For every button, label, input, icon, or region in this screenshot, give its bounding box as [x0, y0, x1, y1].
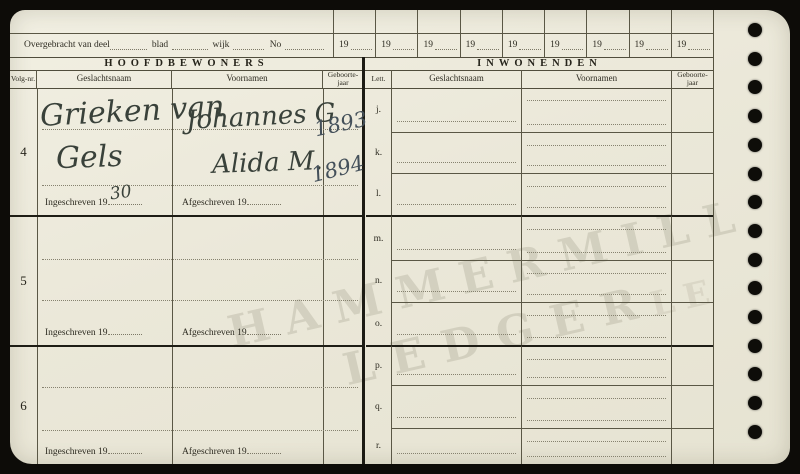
voornamen-cell — [522, 385, 672, 428]
geboortejaar-cell — [672, 215, 713, 260]
geslachtsnaam-cell — [392, 428, 522, 464]
volgnr-value: 5 — [10, 217, 37, 345]
letter-label: j. — [366, 88, 392, 132]
transfer-year-cells: 19 19 19 19 19 19 19 19 19 — [333, 33, 713, 57]
year-prefix: 19 — [635, 40, 645, 50]
year-cell: 19 — [586, 33, 628, 57]
year-cell-blank — [460, 10, 502, 33]
fill-in-line — [562, 41, 584, 50]
inwonenden-title: INWONENDEN — [366, 57, 713, 70]
fill-in-line — [351, 41, 373, 50]
binder-hole — [748, 367, 762, 381]
register-card: HAMMERMILL LEDGER LE Overgebracht van de… — [10, 10, 790, 464]
fill-in-line — [233, 41, 263, 50]
inwonende-row-p: p. — [366, 345, 713, 385]
year-cell-blank — [375, 10, 417, 33]
letter-label: r. — [366, 428, 392, 464]
year-prefix: 19 — [381, 40, 391, 50]
binder-hole — [748, 396, 762, 410]
letter-label: n. — [366, 260, 392, 302]
year-prefix: 19 — [466, 40, 476, 50]
voornamen-cell — [522, 132, 672, 173]
year-cell: 19 — [333, 33, 375, 57]
ingeschreven-label: Ingeschreven 19 — [45, 197, 142, 208]
year-cell: 19 — [671, 33, 713, 57]
label-blad: blad — [152, 40, 168, 50]
column-divider — [172, 88, 173, 215]
registration-labels: Ingeschreven 19 Afgeschreven 19 — [10, 446, 363, 459]
voornamen-cell — [522, 302, 672, 345]
geslachtsnaam-cell — [392, 88, 522, 132]
afgeschreven-label: Afgeschreven 19 — [182, 327, 281, 338]
year-cell: 19 — [629, 33, 671, 57]
entry-line — [42, 185, 358, 186]
label-wijk: wijk — [213, 40, 230, 50]
binder-hole — [748, 80, 762, 94]
geboortejaar-cell — [672, 345, 713, 385]
col-voornamen: Voornamen — [522, 70, 672, 88]
binder-hole — [748, 281, 762, 295]
transfer-label: Overgebracht van deel blad wijk No — [24, 33, 324, 57]
geboortejaar-cell — [672, 302, 713, 345]
inwonende-row-l: l. — [366, 173, 713, 215]
year-cell-blank — [544, 10, 586, 33]
year-cell: 19 — [502, 33, 544, 57]
col-voornamen: Voornamen — [172, 70, 323, 88]
binder-hole — [748, 23, 762, 37]
fill-in-line — [285, 41, 324, 50]
letter-label: l. — [366, 173, 392, 215]
year-cell-blank — [629, 10, 671, 33]
geslachtsnaam-cell — [392, 260, 522, 302]
top-year-cells — [333, 10, 713, 33]
voornamen-cell — [522, 428, 672, 464]
year-cell-blank — [502, 10, 544, 33]
scanned-register-card-page: { "transfer_row": { "label_deel": "Overg… — [0, 0, 800, 474]
binder-hole — [748, 195, 762, 209]
binder-hole — [748, 253, 762, 267]
hoofdbewoners-title: HOOFDBEWONERS — [10, 57, 363, 70]
ingeschreven-label: Ingeschreven 19 — [45, 446, 142, 457]
year-cell-blank — [417, 10, 459, 33]
col-geboortejaar: Geboorte-jaar — [323, 70, 363, 88]
geboortejaar-cell — [672, 385, 713, 428]
fill-in-line — [110, 41, 147, 50]
year-cell: 19 — [375, 33, 417, 57]
binder-hole — [748, 167, 762, 181]
geboortejaar-cell — [672, 132, 713, 173]
hoofdbewoner-block-4: 4 Ingeschreven 19 Afgeschreven 19 30 — [10, 88, 363, 215]
hoofdbewoner-block-6: 6 Ingeschreven 19 Afgeschreven 19 — [10, 345, 363, 464]
fill-in-line — [172, 41, 207, 50]
binder-hole — [748, 425, 762, 439]
fill-in-line — [477, 41, 499, 50]
ingeschreven-label: Ingeschreven 19 — [45, 327, 142, 338]
fill-in-line — [604, 41, 626, 50]
col-volgnr: Volg-nr. — [10, 70, 37, 88]
voornamen-cell — [522, 88, 672, 132]
voornamen-cell — [522, 345, 672, 385]
transfer-row: Overgebracht van deel blad wijk No 19 19… — [10, 33, 713, 58]
geslachtsnaam-cell — [392, 173, 522, 215]
geslachtsnaam-cell — [392, 215, 522, 260]
entry-line — [42, 300, 358, 301]
geslachtsnaam-cell — [392, 345, 522, 385]
inwonende-row-r: r. — [366, 428, 713, 464]
letter-label: o. — [366, 302, 392, 345]
voornamen-cell — [522, 215, 672, 260]
year-cell-blank — [333, 10, 375, 33]
fill-in-line — [688, 41, 710, 50]
fill-in-line — [393, 41, 415, 50]
geboortejaar-cell — [672, 88, 713, 132]
letter-label: p. — [366, 345, 392, 385]
inwonenden-section: j. k. l. m. n. — [366, 88, 713, 464]
year-prefix: 19 — [423, 40, 433, 50]
hoofdbewoners-section: 4 Ingeschreven 19 Afgeschreven 19 30 5 I… — [10, 88, 363, 464]
afgeschreven-label: Afgeschreven 19 — [182, 446, 281, 457]
inwonende-row-j: j. — [366, 88, 713, 132]
col-geslachtsnaam: Geslachtsnaam — [392, 70, 522, 88]
binder-hole — [748, 339, 762, 353]
section-divider-line — [362, 57, 365, 464]
year-cell: 19 — [460, 33, 502, 57]
year-prefix: 19 — [550, 40, 560, 50]
inwonende-row-k: k. — [366, 132, 713, 173]
year-prefix: 19 — [592, 40, 602, 50]
inwonende-row-o: o. — [366, 302, 713, 345]
geboortejaar-cell — [672, 428, 713, 464]
registration-labels: Ingeschreven 19 Afgeschreven 19 — [10, 197, 363, 210]
geslachtsnaam-cell — [392, 132, 522, 173]
col-lett: Lett. — [366, 70, 392, 88]
year-cell: 19 — [417, 33, 459, 57]
column-divider — [37, 217, 38, 345]
binder-hole — [748, 109, 762, 123]
voornamen-cell — [522, 260, 672, 302]
entry-line — [42, 129, 358, 130]
inwonende-row-m: m. — [366, 215, 713, 260]
afgeschreven-label: Afgeschreven 19 — [182, 197, 281, 208]
fill-in-line — [435, 41, 457, 50]
entry-line — [42, 259, 358, 260]
geslachtsnaam-cell — [392, 385, 522, 428]
col-geslachtsnaam: Geslachtsnaam — [37, 70, 172, 88]
year-cell-blank — [671, 10, 713, 33]
label-no: No — [270, 40, 282, 50]
binder-hole — [748, 138, 762, 152]
geboortejaar-cell — [672, 260, 713, 302]
label-overgebracht: Overgebracht van deel — [24, 40, 110, 50]
geboortejaar-cell — [672, 173, 713, 215]
year-cell: 19 — [544, 33, 586, 57]
inwonende-row-n: n. — [366, 260, 713, 302]
year-prefix: 19 — [339, 40, 349, 50]
column-divider — [172, 217, 173, 345]
hoofdbewoner-block-5: 5 Ingeschreven 19 Afgeschreven 19 — [10, 215, 363, 345]
fill-in-line — [646, 41, 668, 50]
geslachtsnaam-cell — [392, 302, 522, 345]
entry-line — [42, 387, 358, 388]
fill-in-line — [519, 41, 541, 50]
left-column-headers: Volg-nr. Geslachtsnaam Voornamen Geboort… — [10, 70, 363, 88]
volgnr-value: 4 — [10, 88, 37, 215]
binder-holes-strip — [748, 23, 762, 439]
registration-labels: Ingeschreven 19 Afgeschreven 19 — [10, 327, 363, 340]
binder-hole — [748, 310, 762, 324]
year-cell-blank — [586, 10, 628, 33]
column-divider — [37, 88, 38, 215]
column-divider — [323, 88, 324, 215]
col-geboortejaar: Geboorte-jaar — [672, 70, 713, 88]
inwonende-row-q: q. — [366, 385, 713, 428]
binder-margin-line — [713, 10, 714, 464]
year-prefix: 19 — [677, 40, 687, 50]
entry-line — [42, 430, 358, 431]
year-prefix: 19 — [508, 40, 518, 50]
voornamen-cell — [522, 173, 672, 215]
binder-hole — [748, 224, 762, 238]
right-column-headers: Lett. Geslachtsnaam Voornamen Geboorte-j… — [366, 70, 713, 88]
binder-hole — [748, 52, 762, 66]
letter-label: m. — [366, 215, 392, 260]
column-divider — [323, 217, 324, 345]
letter-label: k. — [366, 132, 392, 173]
letter-label: q. — [366, 385, 392, 428]
top-year-row — [10, 10, 713, 34]
